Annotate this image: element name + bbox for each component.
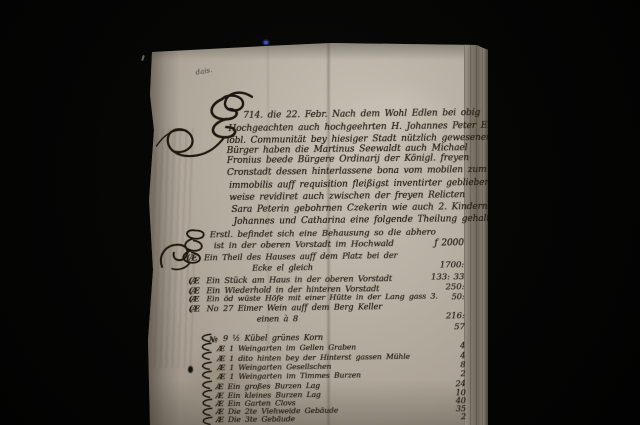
- amount-value: ƒ 2000: [388, 238, 464, 249]
- erstlich-pen-flourish-icon: [156, 226, 215, 273]
- blue-fiber-speck: [264, 41, 268, 44]
- manuscript-text-line: Cronstadt dessen hinterlassene bona vom …: [227, 165, 487, 178]
- amount-value: 2: [389, 369, 465, 379]
- manuscript-text-line: immobilis auff requisition fleißigst inv…: [229, 178, 500, 191]
- manuscript-text-line: Sara Peterin gebohrnen Czekerin wie auch…: [231, 202, 487, 215]
- manuscript-text-line: No 27 Eimer Wein auff dem Berg Keller: [206, 301, 382, 313]
- manuscript-text-line: Die 3te Gebäude: [228, 414, 295, 424]
- manuscript-text-line: 714. die 22. Febr. Nach dem Wohl Edlen b…: [243, 108, 480, 121]
- manuscript-text-line: Johannes und Catharina eine folgende The…: [233, 214, 503, 227]
- amount-value: 50:: [388, 291, 464, 302]
- paper-corner-speck: [141, 55, 145, 61]
- manuscript-text-line: Fronius beede Bürgere Ordinarij der Köni…: [227, 153, 469, 166]
- manuscript-text-line: weise revidiret auch zwischen der freyen…: [229, 190, 465, 203]
- item-marker-flourish: (Æ: [186, 252, 196, 262]
- item-marker-flourish: Æ: [217, 372, 224, 381]
- item-marker-flourish: Æ: [215, 382, 222, 391]
- item-marker-flourish: (Æ: [188, 275, 198, 285]
- item-marker-flourish: Æ: [217, 344, 224, 353]
- manuscript-text-line: Hochgeachten auch hochgeehrten H. Johann…: [228, 121, 505, 134]
- manuscript-text-line: einen à 8: [257, 313, 298, 324]
- manuscript-text-line: 9 ½ Kübel grünes Korn: [223, 333, 323, 343]
- manuscript-page: dais.: [146, 40, 488, 425]
- amount-value: 4: [389, 341, 465, 351]
- manuscript-text-line: 1 Weingarten im Gellen Graben: [229, 343, 356, 354]
- amount-value: 2: [390, 412, 466, 422]
- manuscript-text-line: 1 Weingarten im Timmes Burzen: [229, 370, 361, 381]
- handwriting-layer: dais.: [145, 38, 492, 425]
- amount-value: 1700:: [388, 260, 464, 271]
- amount-value: 57: [389, 322, 465, 333]
- item-marker-flourish: (Æ: [188, 303, 198, 313]
- item-marker-flourish: №: [209, 334, 217, 344]
- item-marker-flourish: (Æ: [188, 294, 198, 303]
- item-marker-flourish: Æ: [217, 354, 224, 363]
- manuscript-text-line: Ecke el gleich: [252, 262, 313, 273]
- item-marker-flourish: Æ: [216, 415, 223, 424]
- manuscript-text-line: Ein Theil des Hauses auff dem Platz bei …: [204, 250, 398, 262]
- margin-note: dais.: [195, 66, 213, 77]
- photo-background: dais.: [0, 0, 640, 425]
- item-marker-flourish: Æ: [217, 363, 224, 372]
- amount-value: 216:: [389, 311, 465, 322]
